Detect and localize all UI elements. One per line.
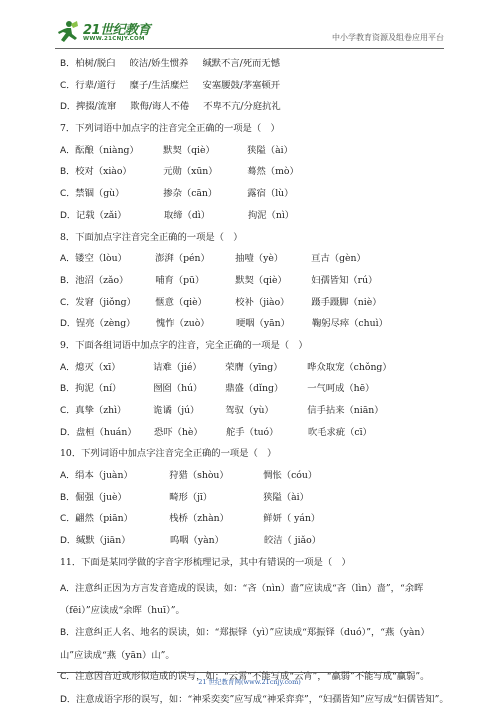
option-row: B．倔强（juè）畸形（jī）狭隘（ài） [60, 491, 450, 513]
question-stem: 9．下面各组词语中加点字的注音，完全正确的一项是（ ） [60, 339, 450, 361]
option-row: C．翩然（piān）栈桥（zhàn）鲜妍（ yán） [60, 512, 450, 534]
option-row: C．行辈/道行糜子/生活糜烂安塞腰鼓/茅塞顿开 [60, 79, 450, 101]
option-row: C．禁锢（gù）掺杂（cān）露宿（lù） [60, 187, 450, 209]
option-row: B．柏树/脱臼皎洁/娇生惯养缄默不言/死而无憾 [60, 57, 450, 79]
option-paragraph: B．注意纠正人名、地名的误读，如：“郑振铎（yì）”应读成“郑振铎（duó）”，… [60, 622, 450, 666]
option-paragraph: A．注意纠正因为方言发音造成的误读，如：“吝（nìn）啬”应读成“吝（lìn）啬… [60, 578, 450, 622]
option-row: B．池沼（zǎo）哺育（pū）默契（qiè）妇孺皆知（rú） [60, 274, 450, 296]
platform-name: 中小学教育资源及组卷应用平台 [332, 32, 444, 43]
logo: 21世纪教育 WWW.21CNJY.COM [55, 18, 155, 48]
option-row: A．熄灭（xī）诘难（jié）荣膺（yīng）哗众取宠（chǒng） [60, 361, 450, 383]
question-stem: 8．下面加点字注音完全正确的一项是（ ） [60, 231, 450, 253]
option-row: B．校对（xiào）元勋（xūn）蓦然（mò） [60, 165, 450, 187]
option-paragraph: D．注意成语字形的误写，如：“神采奕奕”应写成“神采弈弈”，“妇孺皆知”应写成“… [60, 689, 450, 706]
option-row: D．捭掇/流窜欺侮/诲人不倦不卑不亢/分庭抗礼 [60, 100, 450, 122]
page-header: 21世纪教育 WWW.21CNJY.COM 中小学教育资源及组卷应用平台 [55, 18, 444, 49]
question-stem: 10．下列词语中加点字注音完全正确的一项是（ ） [60, 447, 450, 469]
option-row: C．发窘（jiǒng）惬意（qiè）校补（jiào）蹑手蹑脚（niè） [60, 296, 450, 318]
page-footer: 21 世纪教育网(www.21cnjy.com) [0, 677, 499, 686]
runner-logo-icon [57, 20, 79, 44]
exam-content: B．柏树/脱臼皎洁/娇生惯养缄默不言/死而无憾 C．行辈/道行糜子/生活糜烂安塞… [60, 57, 450, 706]
option-row: A．酝酿（niàng）默契（qiè）狭隘（ài） [60, 144, 450, 166]
option-row: D．缄默（jiān）呜咽（yàn）皎洁（ jiǎo） [60, 534, 450, 556]
option-row: A．镂空（lòu）澎湃（pén）抽噎（yè）亘古（gèn） [60, 252, 450, 274]
footer-divider [57, 672, 411, 673]
option-row: C．真挚（zhì）诡谲（jú）驾驭（yù）信手拈来（niān） [60, 404, 450, 426]
question-stem: 11．下面是某同学做的字音字形梳理记录，其中有错误的一项是（ ） [60, 556, 450, 578]
option-row: D．盘桓（huán）恐吓（hè）舵手（tuó）吹毛求疵（cī） [60, 426, 450, 448]
option-row: D．锃亮（zèng）愧怍（zuò）哽咽（yān）鞠躬尽瘁（chuì） [60, 317, 450, 339]
question-stem: 7．下列词语中加点字的注音完全正确的一项是（ ） [60, 122, 450, 144]
option-row: D．记载（zǎi）取缔（dì）拘泥（nì） [60, 209, 450, 231]
option-row: B．拘泥（ní）囫囵（hú）鼎盛（dǐng）一气呵成（hē） [60, 382, 450, 404]
logo-url: WWW.21CNJY.COM [83, 36, 145, 42]
option-row: A．绢本（juàn）狩猎（shòu）惆怅（cóu） [60, 469, 450, 491]
